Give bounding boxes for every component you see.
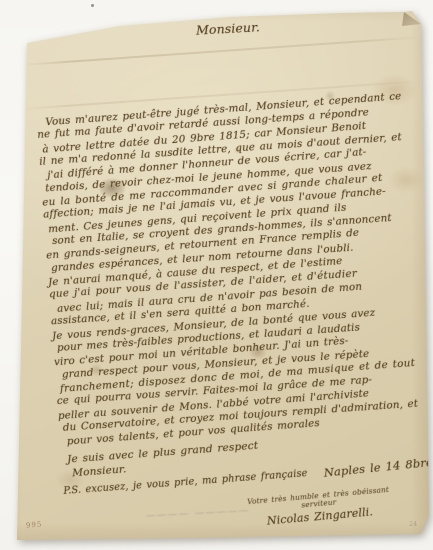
letter-paper: Monsieur. Vous m'aurez peut-être jugé tr… (0, 0, 433, 550)
signature-block: Votre très humble et très obéissant serv… (247, 486, 391, 529)
fold-crease (22, 36, 421, 66)
corner-number: 24 (409, 520, 417, 528)
pencil-annotation: ﹏﹏﹏﹏ ﹏﹏﹏﹏﹏ (146, 500, 250, 518)
letter-body: Vous m'aurez peut-être jugé très-mal, Mo… (36, 88, 433, 497)
folded-corner (401, 10, 423, 28)
salutation-line: Monsieur. (196, 19, 261, 37)
inventory-number: 995 (26, 520, 43, 529)
letter-photo: Monsieur. Vous m'aurez peut-être jugé tr… (0, 0, 433, 550)
